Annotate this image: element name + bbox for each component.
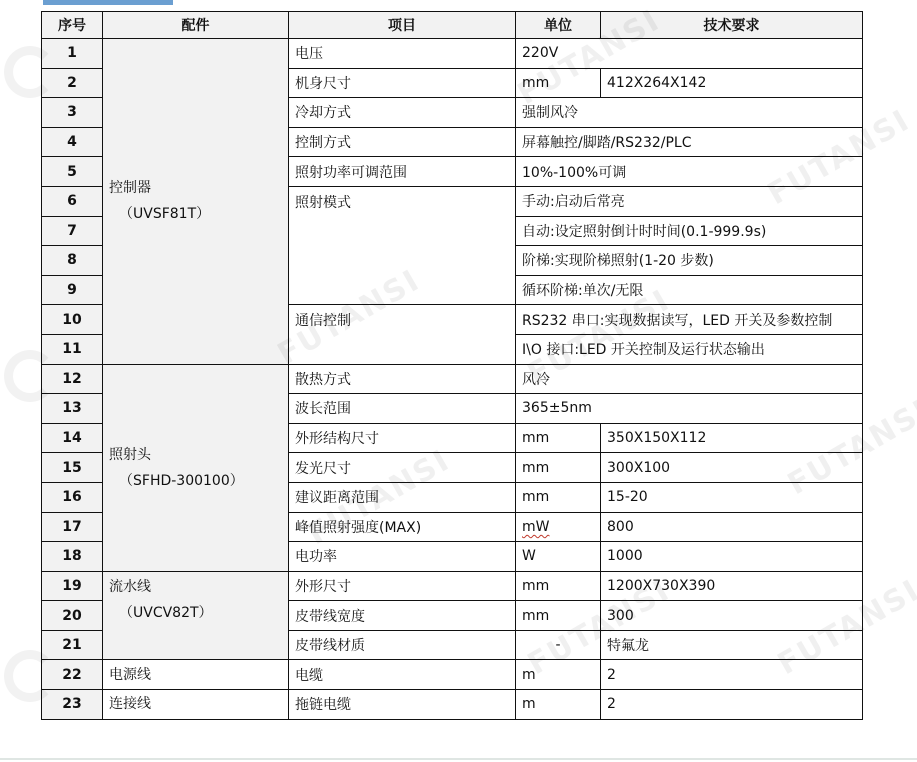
row-number: 22 — [42, 660, 103, 690]
item-cell: 外形尺寸 — [289, 571, 516, 601]
col-header-no: 序号 — [42, 12, 103, 39]
requirement-cell: 2 — [601, 690, 863, 720]
row-number: 4 — [42, 127, 103, 157]
requirement-cell: 强制风冷 — [516, 98, 863, 128]
top-accent-bar — [43, 0, 173, 5]
part-cell-conveyor: 流水线 （UVCV82T） — [103, 571, 289, 660]
requirement-cell: 手动:启动后常亮 — [516, 186, 863, 216]
unit-cell: mW — [516, 512, 601, 542]
spellcheck-underlined-unit: mW — [522, 519, 549, 535]
item-cell: 照射功率可调范围 — [289, 157, 516, 187]
part-name: 流水线 — [109, 579, 151, 595]
row-number: 13 — [42, 394, 103, 424]
table-row: 12 照射头 （SFHD-300100） 散热方式 风冷 — [42, 364, 863, 394]
item-cell: 建议距离范围 — [289, 482, 516, 512]
row-number: 18 — [42, 542, 103, 572]
item-cell: 拖链电缆 — [289, 690, 516, 720]
row-number: 20 — [42, 601, 103, 631]
item-cell: 控制方式 — [289, 127, 516, 157]
item-cell: 电压 — [289, 39, 516, 69]
table-row: 19 流水线 （UVCV82T） 外形尺寸 mm 1200X730X390 — [42, 571, 863, 601]
part-name: 照射头 — [109, 447, 151, 463]
row-number: 15 — [42, 453, 103, 483]
unit-cell: m — [516, 690, 601, 720]
part-cell-controller: 控制器 （UVSF81T） — [103, 39, 289, 365]
table-row: 22 电源线 电缆 m 2 — [42, 660, 863, 690]
row-number: 19 — [42, 571, 103, 601]
item-cell: 峰值照射强度(MAX) — [289, 512, 516, 542]
row-number: 3 — [42, 98, 103, 128]
item-cell: 皮带线宽度 — [289, 601, 516, 631]
requirement-cell: 412X264X142 — [601, 68, 863, 98]
table-row: 23 连接线 拖链电缆 m 2 — [42, 690, 863, 720]
part-cell-power-cable: 电源线 — [103, 660, 289, 690]
requirement-cell: 300X100 — [601, 453, 863, 483]
requirement-cell: 800 — [601, 512, 863, 542]
part-model: （SFHD-300100） — [109, 468, 282, 494]
row-number: 6 — [42, 186, 103, 216]
row-number: 16 — [42, 482, 103, 512]
requirement-cell: 自动:设定照射倒计时时间(0.1-999.9s) — [516, 216, 863, 246]
item-cell: 冷却方式 — [289, 98, 516, 128]
requirement-cell: RS232 串口:实现数据读写，LED 开关及参数控制 — [516, 305, 863, 335]
col-header-unit: 单位 — [516, 12, 601, 39]
row-number: 9 — [42, 275, 103, 305]
requirement-cell: 10%-100%可调 — [516, 157, 863, 187]
row-number: 7 — [42, 216, 103, 246]
row-number: 14 — [42, 423, 103, 453]
row-number: 10 — [42, 305, 103, 335]
item-cell: 照射模式 — [289, 186, 516, 304]
requirement-cell: I\O 接口:LED 开关控制及运行状态输出 — [516, 334, 863, 364]
col-header-part: 配件 — [103, 12, 289, 39]
part-cell-irradiator: 照射头 （SFHD-300100） — [103, 364, 289, 571]
unit-cell: mm — [516, 571, 601, 601]
item-cell: 散热方式 — [289, 364, 516, 394]
item-cell: 电功率 — [289, 542, 516, 572]
row-number: 23 — [42, 690, 103, 720]
unit-cell: - — [516, 630, 601, 660]
requirement-cell: 阶梯:实现阶梯照射(1-20 步数) — [516, 246, 863, 276]
unit-cell: mm — [516, 68, 601, 98]
requirement-cell: 350X150X112 — [601, 423, 863, 453]
item-cell: 波长范围 — [289, 394, 516, 424]
requirement-cell: 15-20 — [601, 482, 863, 512]
requirement-cell: 220V — [516, 39, 863, 69]
row-number: 12 — [42, 364, 103, 394]
row-number: 17 — [42, 512, 103, 542]
unit-cell: W — [516, 542, 601, 572]
page-bottom-divider — [0, 758, 917, 760]
unit-cell: mm — [516, 601, 601, 631]
requirement-cell: 屏幕触控/脚踏/RS232/PLC — [516, 127, 863, 157]
requirement-cell: 2 — [601, 660, 863, 690]
part-name: 控制器 — [109, 180, 151, 196]
row-number: 2 — [42, 68, 103, 98]
part-model: （UVCV82T） — [109, 600, 282, 626]
table-row: 1 控制器 （UVSF81T） 电压 220V — [42, 39, 863, 69]
row-number: 21 — [42, 630, 103, 660]
requirement-cell: 365±5nm — [516, 394, 863, 424]
row-number: 5 — [42, 157, 103, 187]
part-cell-link-cable: 连接线 — [103, 690, 289, 720]
spec-table: 序号 配件 项目 单位 技术要求 1 控制器 （UVSF81T） 电压 220V… — [41, 11, 863, 720]
item-cell: 外形结构尺寸 — [289, 423, 516, 453]
unit-cell: mm — [516, 423, 601, 453]
item-cell: 通信控制 — [289, 305, 516, 364]
item-cell: 发光尺寸 — [289, 453, 516, 483]
table-header-row: 序号 配件 项目 单位 技术要求 — [42, 12, 863, 39]
part-model: （UVSF81T） — [109, 201, 282, 227]
requirement-cell: 循环阶梯:单次/无限 — [516, 275, 863, 305]
row-number: 1 — [42, 39, 103, 69]
row-number: 11 — [42, 334, 103, 364]
requirement-cell: 1200X730X390 — [601, 571, 863, 601]
requirement-cell: 1000 — [601, 542, 863, 572]
row-number: 8 — [42, 246, 103, 276]
requirement-cell: 特氟龙 — [601, 630, 863, 660]
col-header-item: 项目 — [289, 12, 516, 39]
requirement-cell: 300 — [601, 601, 863, 631]
unit-cell: mm — [516, 482, 601, 512]
unit-cell: mm — [516, 453, 601, 483]
col-header-requirement: 技术要求 — [601, 12, 863, 39]
unit-cell: m — [516, 660, 601, 690]
item-cell: 皮带线材质 — [289, 630, 516, 660]
item-cell: 电缆 — [289, 660, 516, 690]
requirement-cell: 风冷 — [516, 364, 863, 394]
item-cell: 机身尺寸 — [289, 68, 516, 98]
